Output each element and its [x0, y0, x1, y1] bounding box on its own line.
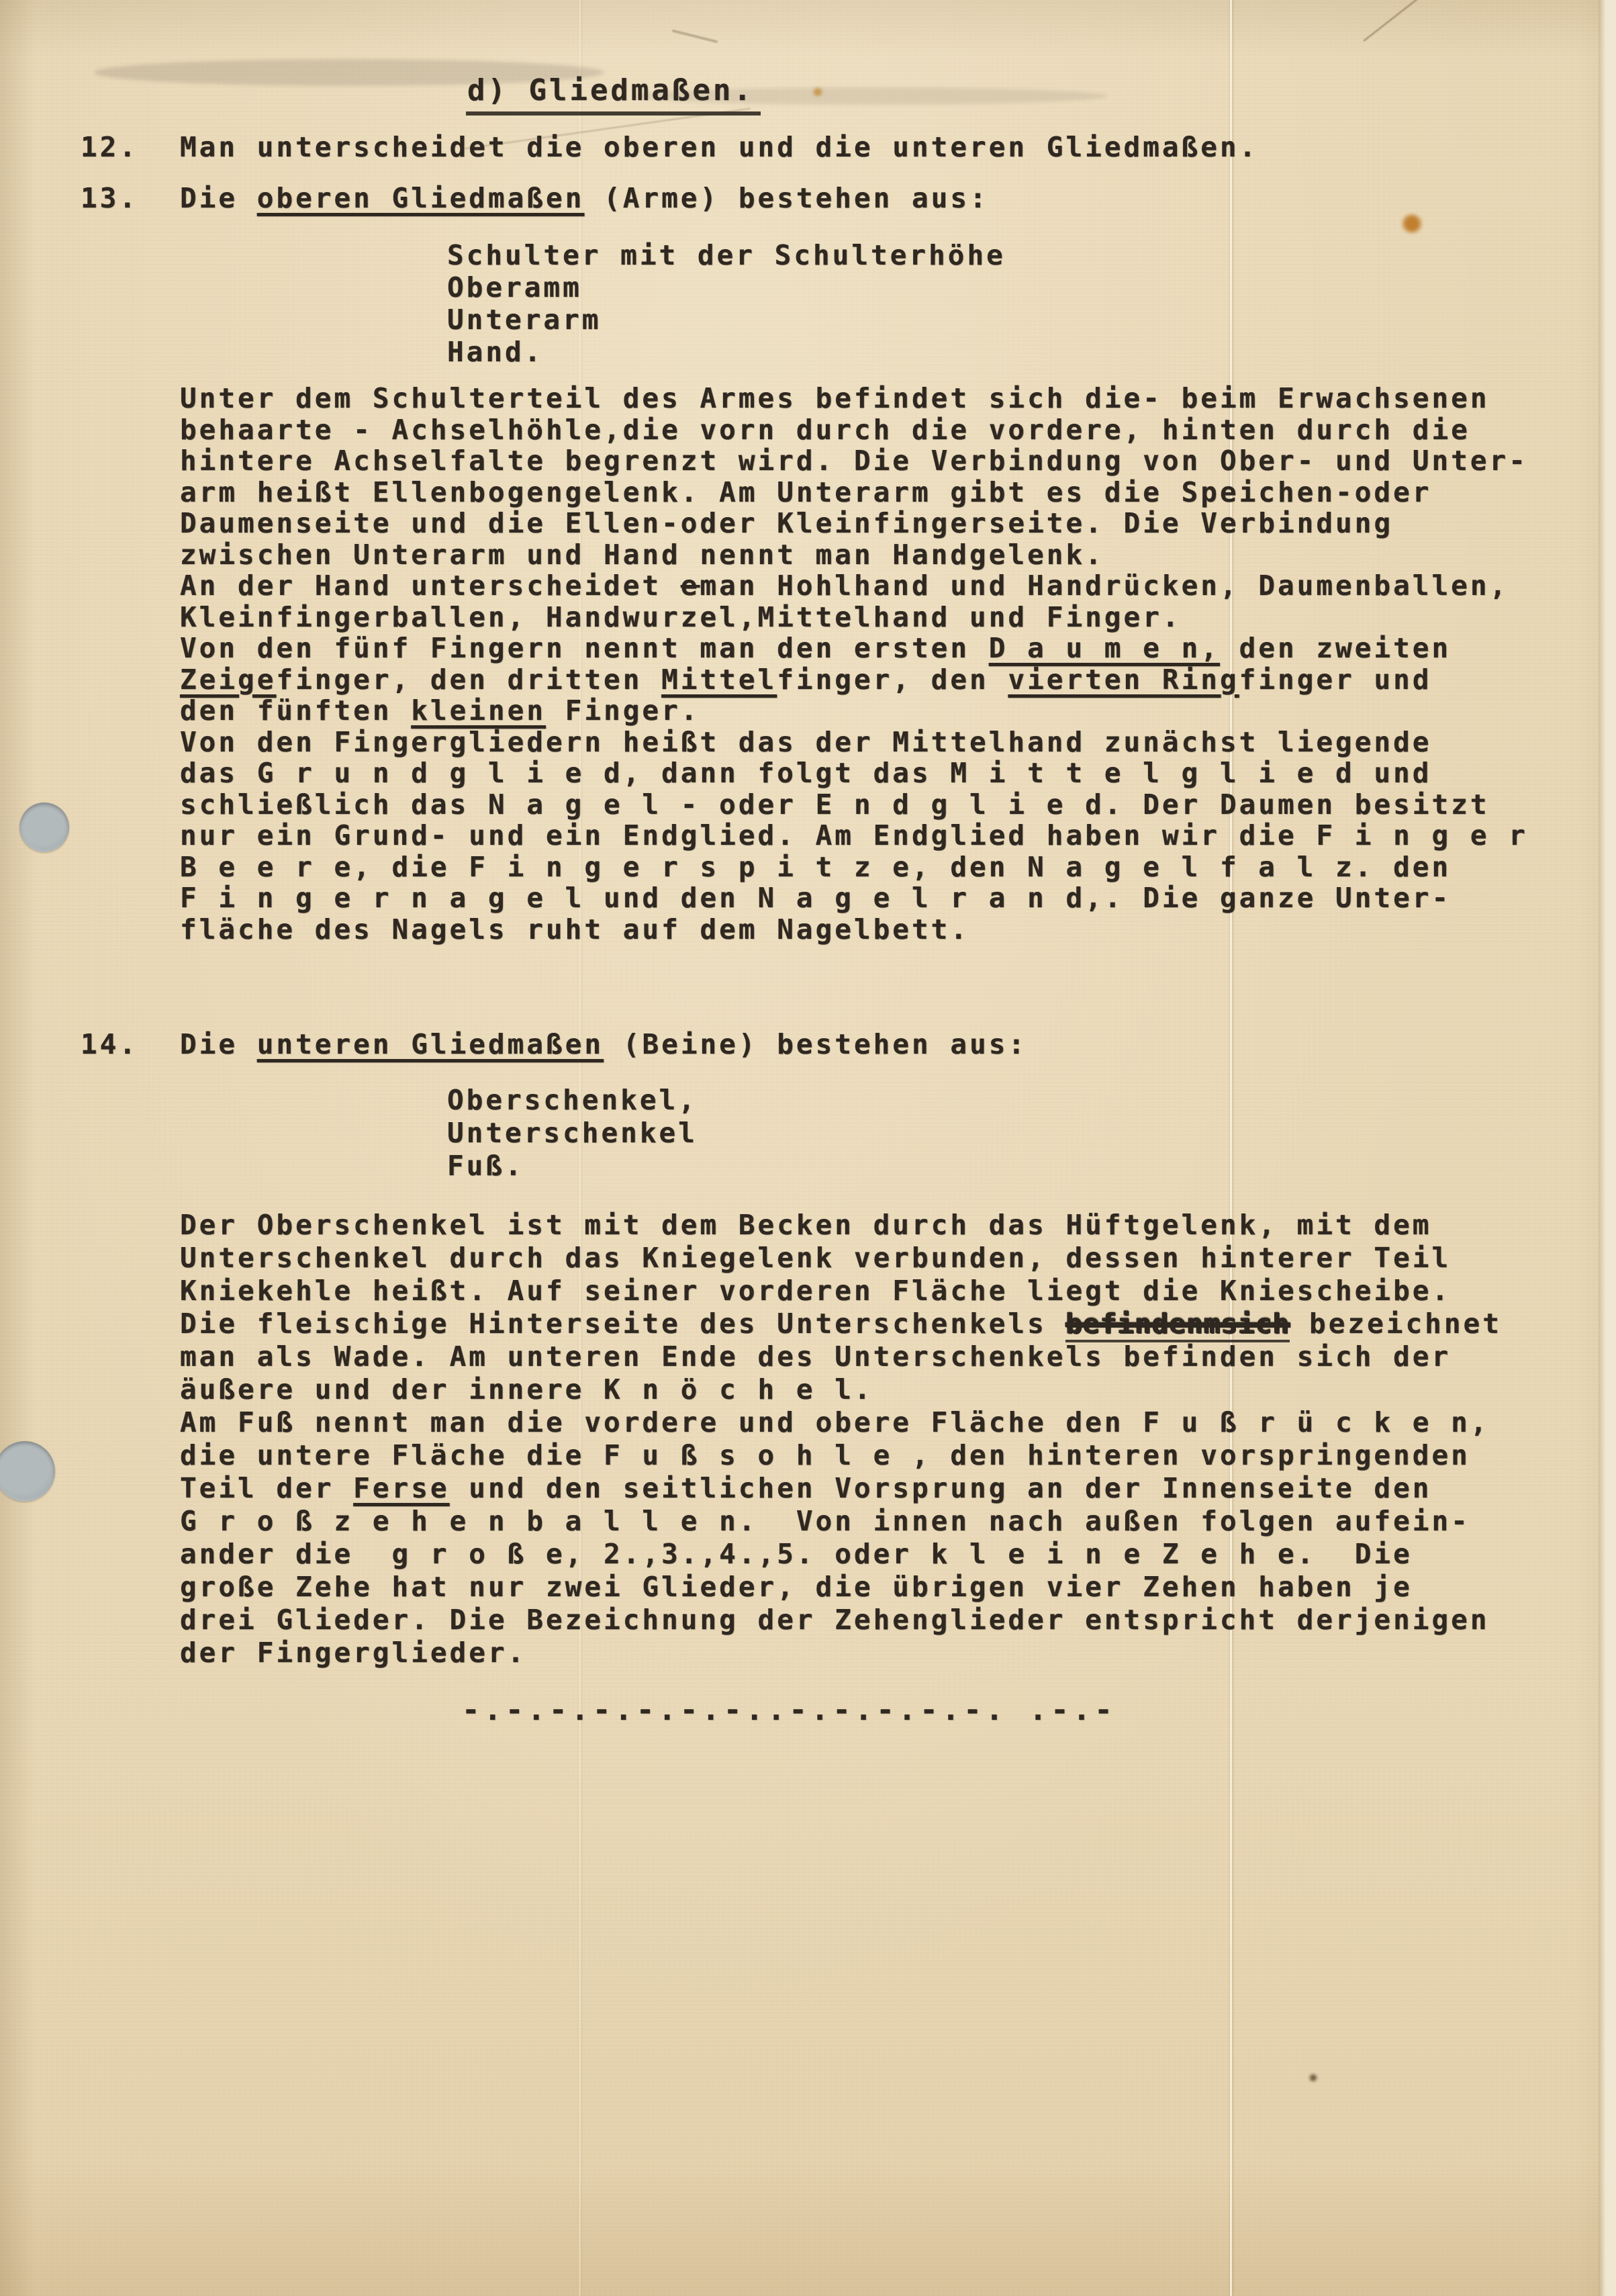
- upper-limb-paragraph: Unter dem Schulterteil des Armes befinde…: [180, 383, 1590, 945]
- page-heading: d) Gliedmaßen.: [466, 75, 761, 116]
- section-number: 14.: [81, 1029, 138, 1060]
- pencil-scratch: [1363, 0, 1555, 42]
- section-14: 14. Die unteren Gliedmaßen (Beine) beste…: [0, 1029, 1616, 1069]
- section-divider: -.-.-.-.-.-.-..-.-.-.-.-. .-.-: [462, 1695, 1116, 1726]
- list-item: Unterschenkel: [447, 1117, 698, 1150]
- upper-limb-list: Schulter mit der Schulterhöhe Oberamm Un…: [447, 239, 1006, 368]
- section-12: 12. Man unterscheidet die oberen und die…: [0, 132, 1616, 172]
- list-item: Unterarm: [447, 304, 1006, 336]
- section-number: 12.: [81, 132, 138, 163]
- paper-edge-strip: [1599, 0, 1616, 2296]
- lower-limb-paragraph: Der Oberschenkel ist mit dem Becken durc…: [180, 1209, 1590, 1669]
- paper-speck: [1309, 2074, 1317, 2082]
- punch-hole-top: [19, 802, 69, 852]
- section-number: 13.: [81, 183, 138, 214]
- section-13: 13. Die oberen Gliedmaßen (Arme) bestehe…: [0, 183, 1616, 223]
- section-text: Die oberen Gliedmaßen (Arme) bestehen au…: [180, 183, 1589, 214]
- section-text: Man unterscheidet die oberen und die unt…: [180, 132, 1589, 163]
- lower-limb-list: Oberschenkel, Unterschenkel Fuß.: [447, 1084, 698, 1183]
- paper-crease-line: [1230, 0, 1232, 2296]
- section-text: Die unteren Gliedmaßen (Beine) bestehen …: [180, 1029, 1589, 1060]
- list-item: Oberamm: [447, 271, 1006, 304]
- pencil-scratch: [672, 30, 718, 44]
- list-item: Hand.: [447, 336, 1006, 368]
- typewritten-document-page: d) Gliedmaßen. 12. Man unterscheidet die…: [0, 0, 1616, 2296]
- punch-hole-bottom: [0, 1441, 55, 1502]
- rust-stain: [812, 87, 823, 97]
- list-item: Fuß.: [447, 1150, 698, 1183]
- list-item: Schulter mit der Schulterhöhe: [447, 239, 1006, 271]
- list-item: Oberschenkel,: [447, 1084, 698, 1117]
